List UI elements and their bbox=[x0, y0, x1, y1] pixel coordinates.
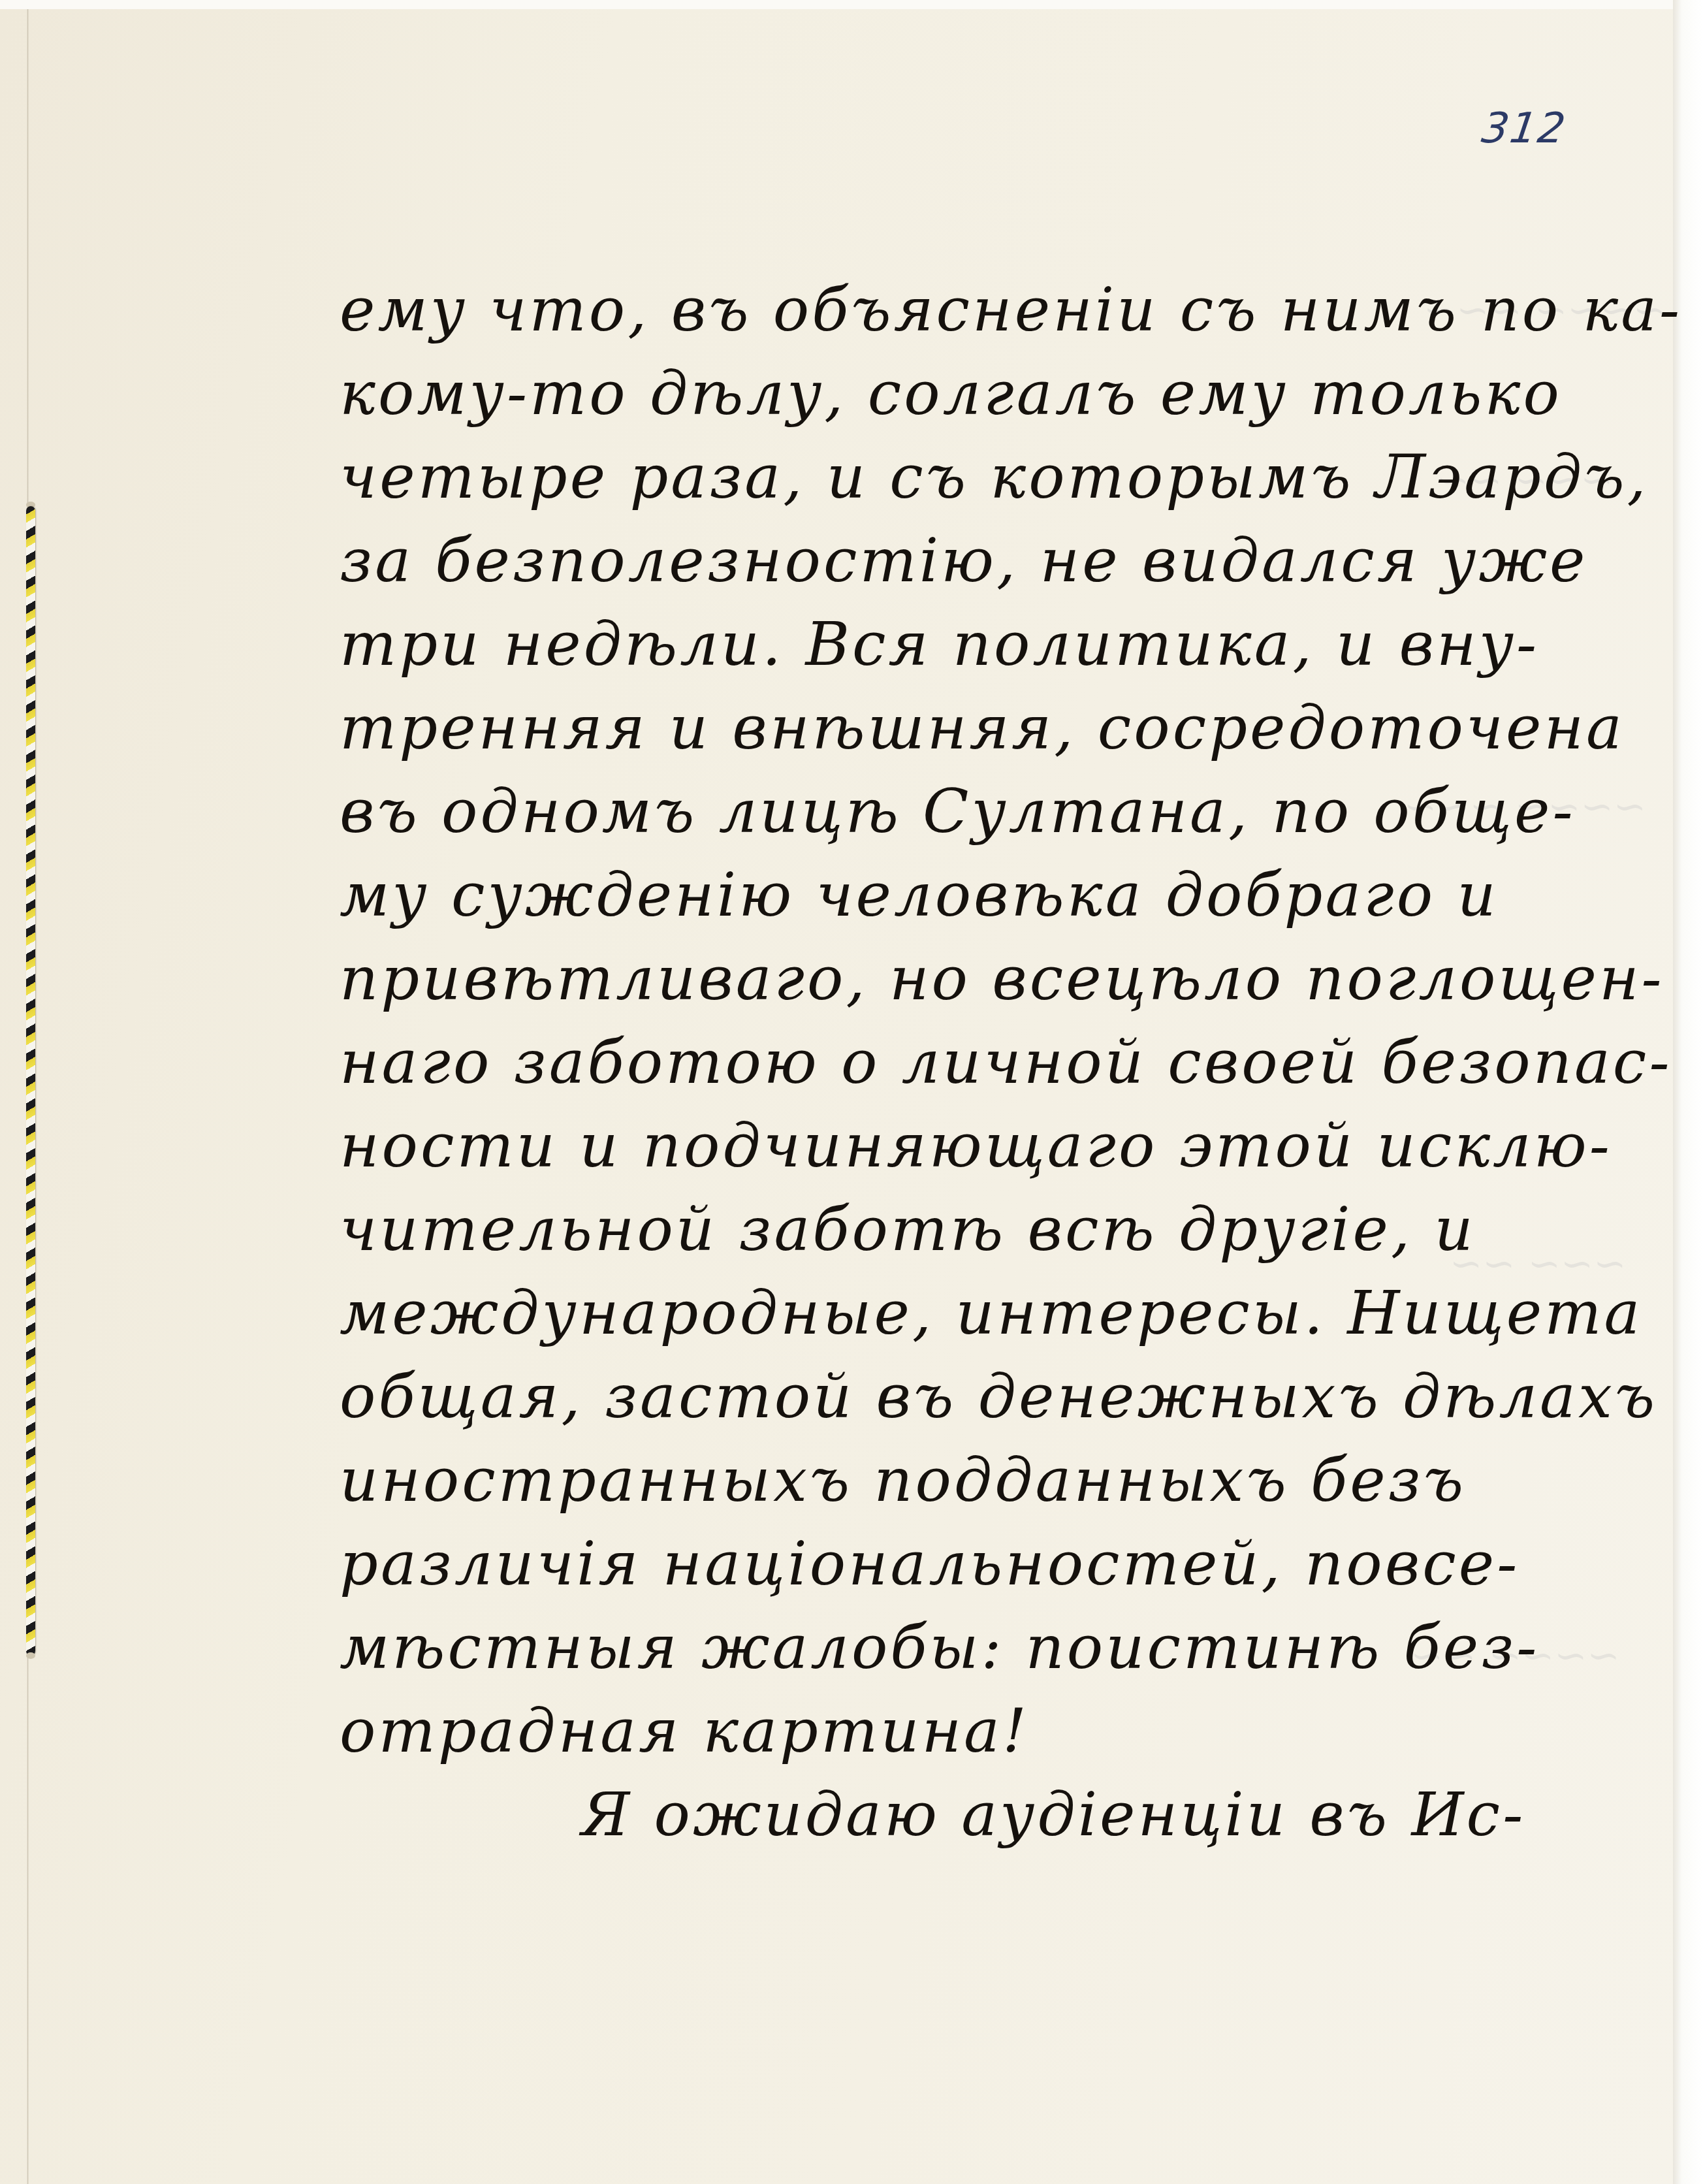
text-line: привѣтливаго, но всецѣло поглощен- bbox=[340, 943, 1646, 1015]
text-line: иностранныхъ подданныхъ безъ bbox=[340, 1445, 1646, 1517]
manuscript-text: ему что, въ объясненіи съ нимъ по ка- ко… bbox=[0, 0, 1703, 2184]
text-line: наго заботою о личной своей безопас- bbox=[340, 1027, 1646, 1099]
text-line: му сужденію человѣка добраго и bbox=[340, 859, 1646, 931]
text-line: ности и подчиняющаго этой исклю- bbox=[340, 1110, 1646, 1182]
text-line: отрадная картина! bbox=[340, 1695, 1646, 1767]
text-line: въ одномъ лицѣ Султана, по обще- bbox=[340, 776, 1646, 848]
text-line: международные, интересы. Нищета bbox=[340, 1277, 1646, 1349]
text-line: мѣстныя жалобы: поистинѣ без- bbox=[340, 1612, 1646, 1684]
text-line: три недѣли. Вся политика, и вну- bbox=[340, 609, 1646, 681]
text-line: чительной заботѣ всѣ другіе, и bbox=[340, 1194, 1646, 1266]
text-line: за безполезностію, не видался уже bbox=[340, 525, 1646, 597]
text-line: различія національностей, повсе- bbox=[340, 1528, 1646, 1600]
text-line: ему что, въ объясненіи съ нимъ по ка- bbox=[340, 274, 1646, 346]
text-line: тренняя и внѣшняя, сосредоточена bbox=[340, 692, 1646, 764]
text-line-paragraph-start: Я ожидаю аудіенціи въ Ис- bbox=[581, 1779, 1703, 1851]
text-line: четыре раза, и съ которымъ Лэардъ, bbox=[340, 442, 1646, 513]
text-line: общая, застой въ денежныхъ дѣлахъ bbox=[340, 1361, 1646, 1433]
text-line: кому-то дѣлу, солгалъ ему только bbox=[340, 358, 1646, 430]
